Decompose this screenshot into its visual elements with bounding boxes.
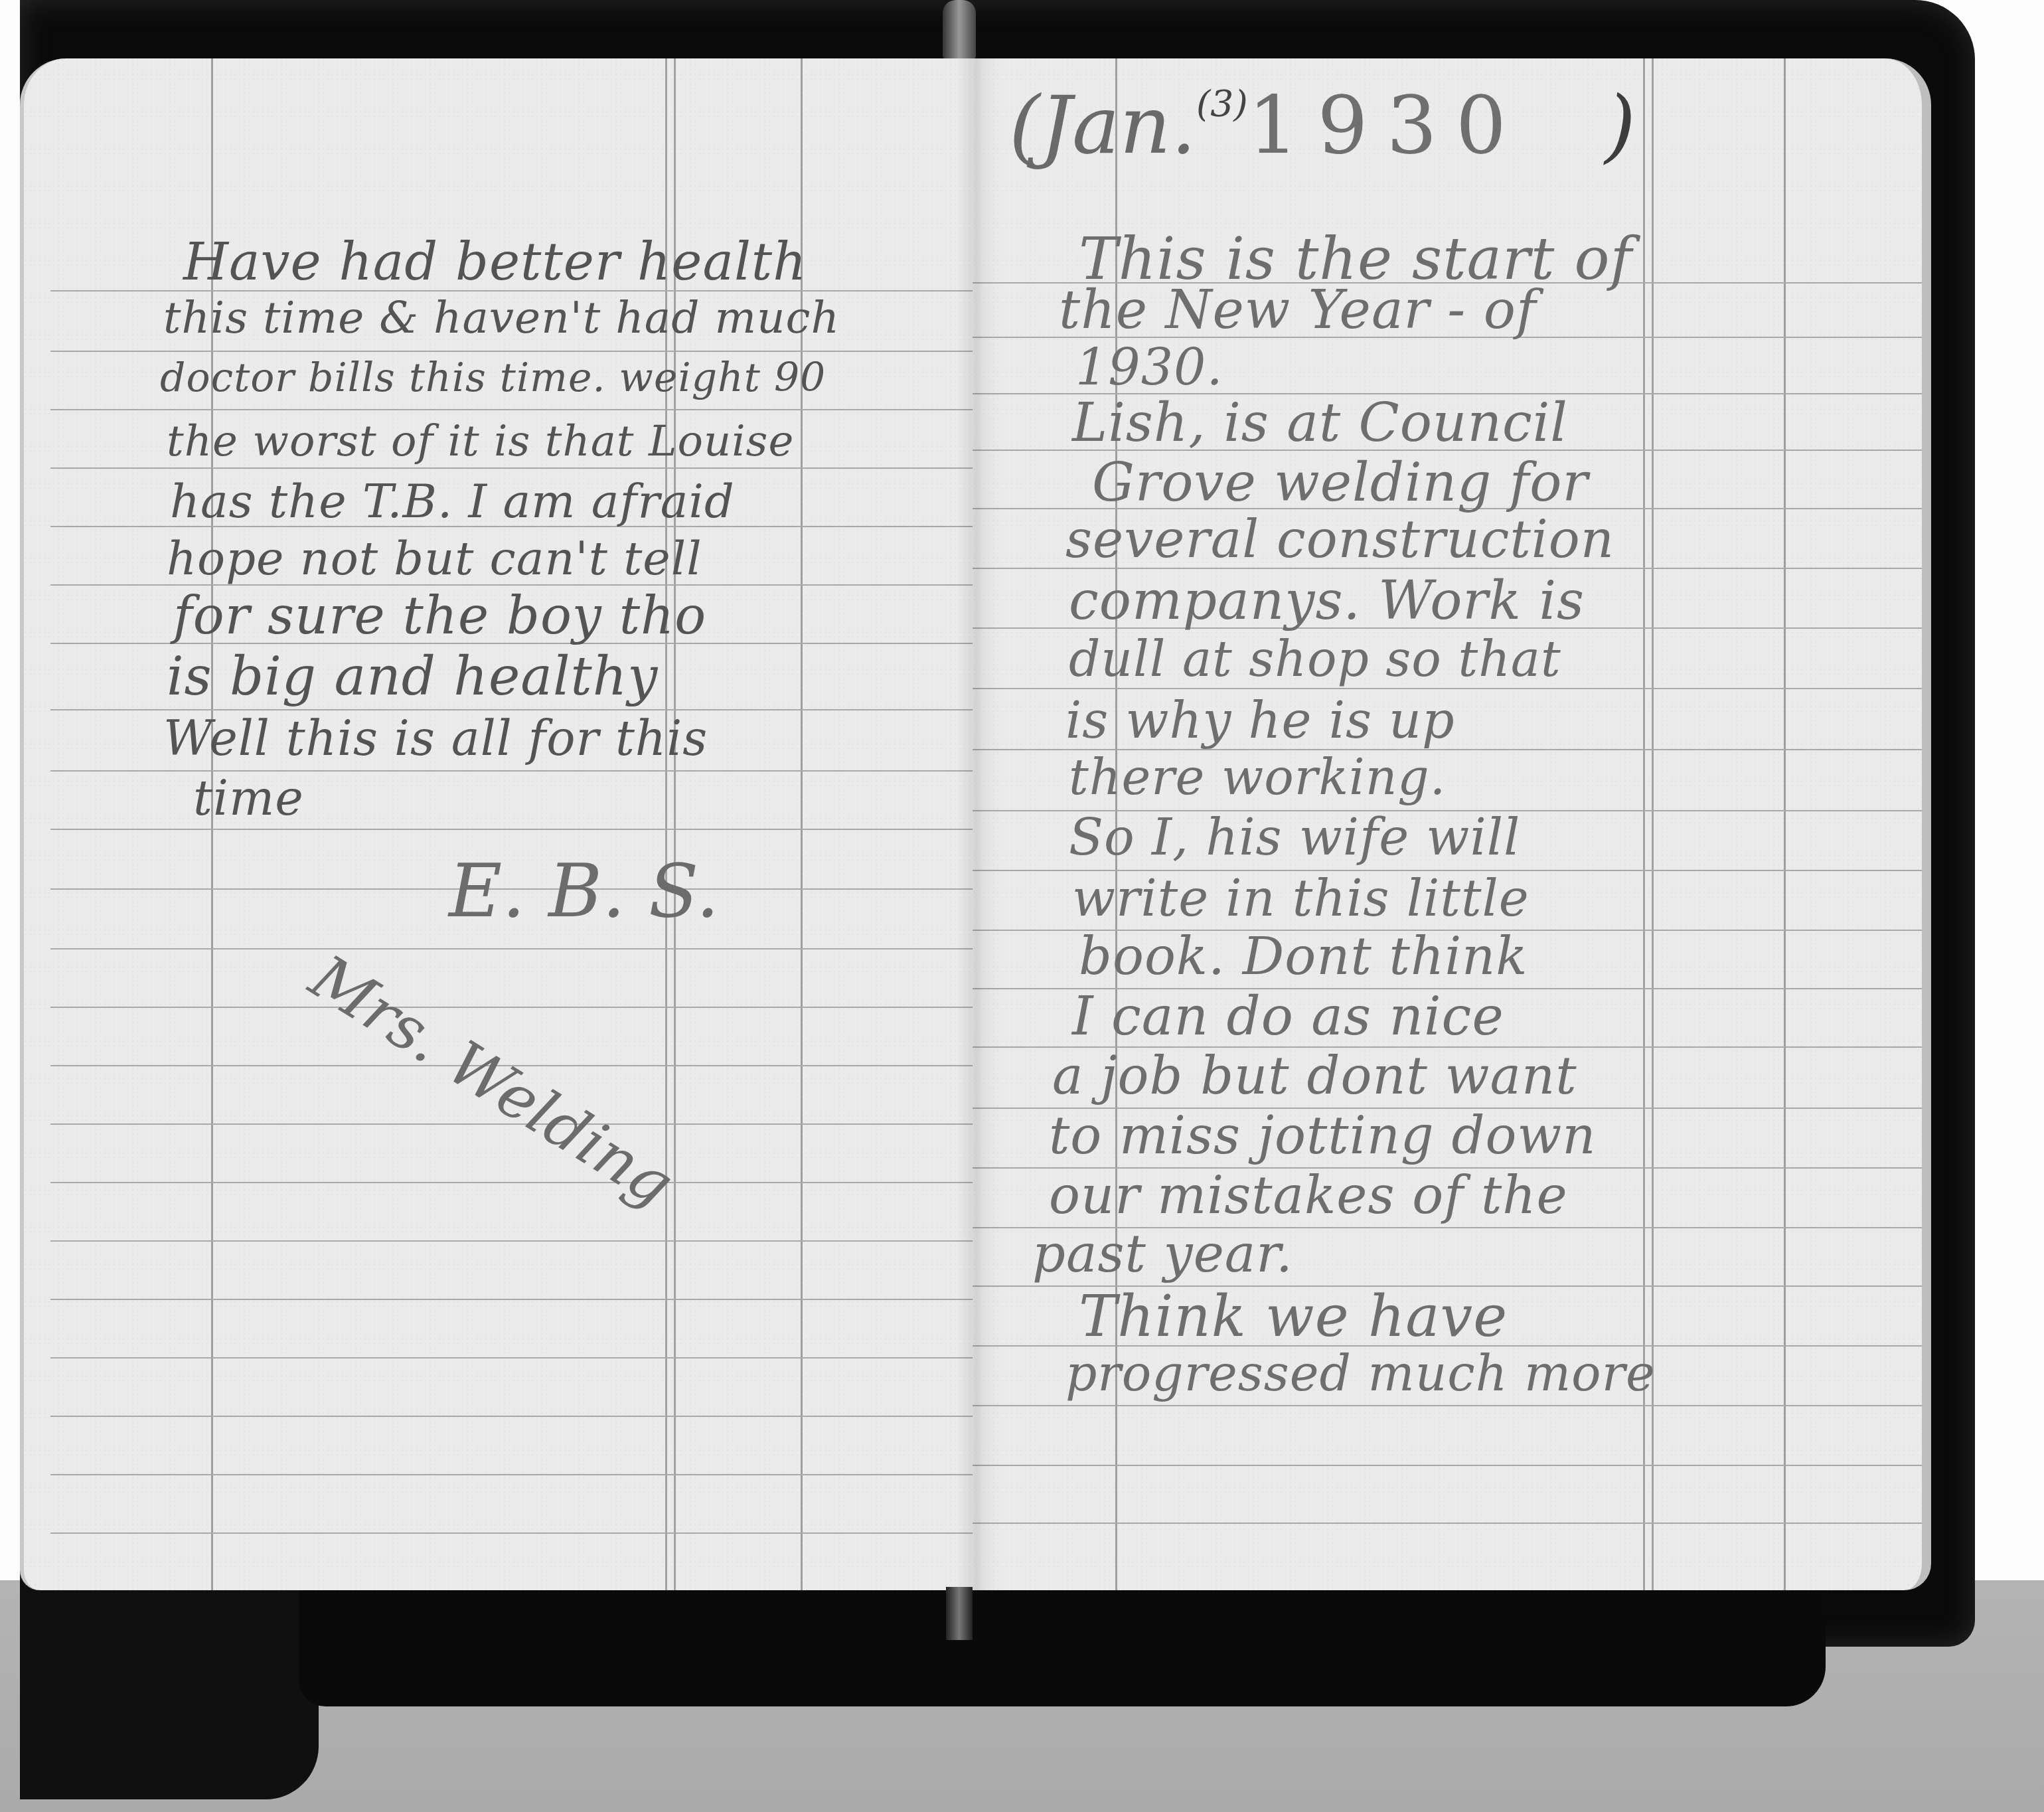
- diary-line: our mistakes of the: [1049, 1166, 1568, 1226]
- diary-line: is why he is up: [1065, 691, 1455, 750]
- diary-line: time: [193, 770, 304, 826]
- entry-date-heading: (Jan.(3)1930): [1009, 80, 1636, 206]
- ruled-line: [50, 1416, 977, 1417]
- ruled-line: [50, 1299, 977, 1300]
- ruled-line: [973, 1523, 1922, 1524]
- ruled-line: [973, 688, 1922, 689]
- diary-line: the New Year - of: [1059, 279, 1537, 341]
- right-page: This is the start of the New Year - of 1…: [973, 58, 1931, 1590]
- ruled-line: [50, 1182, 977, 1183]
- diary-line: I can do as nice: [1072, 985, 1504, 1047]
- diary-line: past year.: [1032, 1224, 1293, 1284]
- diary-line: several construction: [1065, 510, 1614, 570]
- column-rule: [1784, 58, 1786, 1590]
- signature-initials: E. B. S.: [449, 849, 719, 934]
- diary-line: the worst of it is that Louise: [167, 417, 794, 466]
- ruled-line: [50, 1532, 977, 1534]
- diary-line: a job but dont want: [1052, 1046, 1577, 1106]
- left-page: Have had better health this time & haven…: [20, 58, 977, 1590]
- ruled-line: [50, 1007, 977, 1008]
- cover-flap: [20, 1580, 319, 1799]
- diary-line: to miss jotting down: [1049, 1106, 1597, 1166]
- bookmark-ribbon-bottom: [946, 1587, 973, 1640]
- date-close-paren: ): [1605, 80, 1636, 172]
- diary-line: doctor bills this time. weight 90: [160, 355, 826, 401]
- diary-line: progressed much more: [1065, 1345, 1656, 1402]
- diary-line: Have had better health: [183, 232, 807, 292]
- date-day: (3): [1196, 82, 1248, 125]
- ruled-line: [973, 1405, 1922, 1406]
- date-year: 1930: [1248, 80, 1525, 172]
- signature-name: Mrs. Welding: [298, 942, 686, 1220]
- diary-line: dull at shop so that: [1069, 631, 1561, 688]
- diary-line: book. Dont think: [1079, 927, 1528, 987]
- diary-line: write in this little: [1072, 868, 1530, 928]
- diary-line: 1930.: [1075, 337, 1223, 396]
- diary-line: Lish, is at Council: [1072, 392, 1568, 453]
- diary-line: So I, his wife will: [1069, 807, 1520, 866]
- diary-line: this time & haven't had much: [163, 292, 840, 343]
- diary-line: hope not but can't tell: [167, 531, 702, 586]
- diary-line: companys. Work is: [1069, 570, 1585, 631]
- date-month: (Jan.: [1009, 80, 1196, 172]
- ruled-line: [973, 1465, 1922, 1466]
- cover-flap-bottom: [299, 1580, 1826, 1706]
- ruled-line: [50, 467, 977, 469]
- ruled-line: [50, 829, 977, 830]
- ruled-line: [50, 1474, 977, 1475]
- diary-line: Grove welding for: [1092, 452, 1589, 513]
- diary-line: for sure the boy tho: [173, 586, 706, 646]
- ruled-line: [50, 770, 977, 772]
- diary-line: there working.: [1069, 749, 1446, 806]
- diary-line: has the T.B. I am afraid: [170, 474, 735, 529]
- diary-line: is big and healthy: [167, 645, 658, 707]
- bookmark-ribbon-top: [943, 0, 976, 60]
- ruled-line: [50, 1357, 977, 1359]
- ruled-line: [50, 948, 977, 949]
- ruled-line: [50, 1240, 977, 1242]
- ruled-line: [50, 409, 977, 410]
- ruled-line: [50, 351, 977, 352]
- diary-line: Think we have: [1079, 1283, 1508, 1350]
- diary-line: Well this is all for this: [163, 710, 708, 766]
